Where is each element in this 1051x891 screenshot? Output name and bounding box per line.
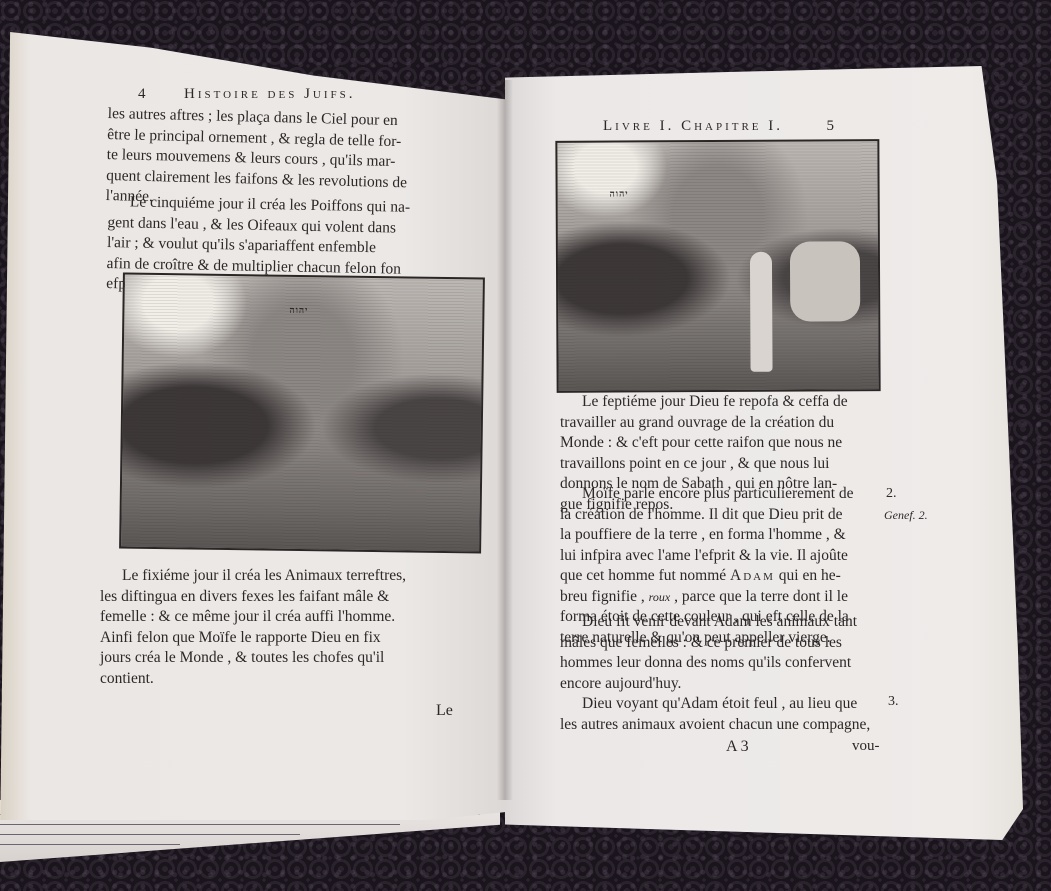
margin-note-genesis: Genef. 2. (884, 508, 928, 523)
divine-name-inscription: יהוה (289, 305, 308, 315)
text-line: Moïfe parle encore plus particulierement… (560, 484, 882, 505)
text-line: mâles que femelles : & ce premier de tou… (560, 633, 882, 654)
right-paragraph-3: Dieu fit venir devant Adam les animaux t… (560, 612, 882, 694)
text-line: Ainfi felon que Moïfe le rapporte Dieu e… (100, 628, 485, 649)
left-catchword: Le (436, 702, 453, 720)
text-line: les diftingua en divers fexes les faifan… (100, 587, 485, 608)
engraving-hatching (121, 275, 483, 552)
text-line: lui infpira avec l'ame l'efprit & la vie… (560, 546, 882, 567)
right-catchword: vou- (852, 738, 880, 755)
right-running-head-title: Livre I. Chapitre I. (603, 118, 783, 134)
horses-figure (790, 241, 860, 321)
text-line: Dieu fit venir devant Adam les animaux t… (560, 612, 882, 633)
right-paragraph-4: Dieu voyant qu'Adam étoit feul , au lieu… (560, 694, 882, 735)
left-running-head-title: Histoire des Juifs. (184, 86, 356, 102)
text-line: Monde : & c'eft pour cette raifon que no… (560, 433, 878, 454)
text-line: la pouffiere de la terre , en forma l'ho… (560, 525, 882, 546)
left-running-head: 4 Histoire des Juifs. (138, 86, 356, 103)
name-adam: Adam (730, 567, 775, 584)
text-line: femelle : & ce même jour il créa auffi l… (100, 607, 485, 628)
text-line: Le feptiéme jour Dieu fe repofa & ceffa … (560, 392, 878, 413)
right-page-number: 5 (827, 118, 838, 134)
margin-note-2: 2. (886, 486, 897, 502)
text-line: hommes leur donna des noms qu'ils confer… (560, 653, 882, 674)
text-line: travaillons point en ce jour , & que nou… (560, 454, 878, 475)
left-page-number: 4 (138, 86, 149, 102)
signature-mark: A 3 (726, 738, 749, 756)
margin-note-3: 3. (888, 694, 899, 710)
text-line: Dieu voyant qu'Adam étoit feul , au lieu… (560, 694, 882, 715)
text-line: les autres animaux avoient chacun une co… (560, 715, 882, 736)
right-engraving-adam-among-animals: יהוה (555, 139, 880, 393)
text-segment: que cet homme fut nommé (560, 567, 726, 584)
text-segment: breu fignifie , (560, 588, 645, 605)
divine-name-inscription: יהוה (610, 188, 629, 198)
text-segment: qui en he- (779, 567, 841, 584)
text-line: contient. (100, 669, 485, 690)
text-line: Le fixiéme jour il créa les Animaux terr… (100, 566, 485, 587)
italic-word-roux: roux (649, 590, 671, 604)
left-paragraph-3: Le fixiéme jour il créa les Animaux terr… (100, 566, 485, 689)
left-engraving-creation-of-animals: יהוה (119, 272, 485, 553)
text-line: jours créa le Monde , & toutes les chofe… (100, 648, 485, 669)
text-line: travailler au grand ouvrage de la créati… (560, 413, 878, 434)
text-line: encore aujourd'huy. (560, 674, 882, 695)
book-gutter (497, 80, 513, 800)
adam-figure (750, 252, 773, 372)
text-line: la création de l'homme. Il dit que Dieu … (560, 505, 882, 526)
right-running-head: Livre I. Chapitre I. 5 (603, 118, 837, 135)
text-line: breu fignifie , roux , parce que la terr… (560, 587, 882, 608)
text-segment: , parce que la terre dont il le (674, 588, 848, 605)
text-line: que cet homme fut nommé Adam qui en he- (560, 566, 882, 587)
